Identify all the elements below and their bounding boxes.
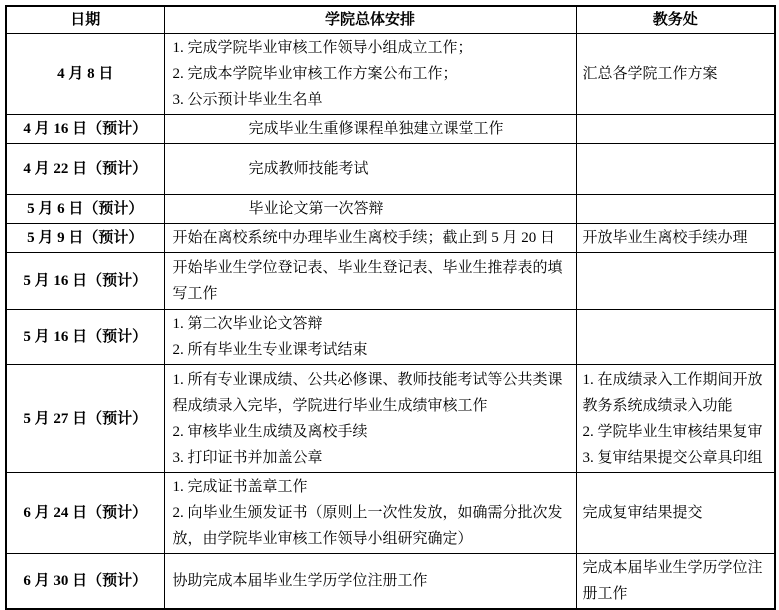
date-cell: 5 月 6 日（预计）: [6, 195, 164, 224]
task-line: 毕业论文第一次答辩: [173, 196, 568, 222]
college-cell: 完成毕业生重修课程单独建立课堂工作: [164, 115, 576, 144]
college-cell: 开始在离校系统中办理毕业生离校手续；截止到 5 月 20 日: [164, 224, 576, 253]
task-line: 2. 所有毕业生专业课考试结束: [173, 337, 568, 363]
header-admin: 教务处: [576, 6, 775, 34]
task-line: 1. 在成绩录入工作期间开放教务系统成绩录入功能: [583, 367, 769, 419]
admin-cell: [576, 144, 775, 195]
college-cell: 开始毕业生学位登记表、毕业生登记表、毕业生推荐表的填写工作: [164, 253, 576, 310]
task-line: 2. 向毕业生颁发证书（原则上一次性发放，如确需分批次发放，由学院毕业审核工作领…: [173, 500, 568, 552]
task-line: 2. 审核毕业生成绩及离校手续: [173, 419, 568, 445]
date-cell: 5 月 16 日（预计）: [6, 310, 164, 365]
date-cell: 4 月 16 日（预计）: [6, 115, 164, 144]
task-line: 汇总各学院工作方案: [583, 61, 769, 87]
table-row: 4 月 8 日 1. 完成学院毕业审核工作领导小组成立工作； 2. 完成本学院毕…: [6, 34, 775, 115]
college-cell: 1. 第二次毕业论文答辩 2. 所有毕业生专业课考试结束: [164, 310, 576, 365]
task-line: 开始毕业生学位登记表、毕业生登记表、毕业生推荐表的填写工作: [173, 255, 568, 307]
graduation-schedule-table: 日期 学院总体安排 教务处 4 月 8 日 1. 完成学院毕业审核工作领导小组成…: [5, 5, 776, 610]
date-cell: 6 月 30 日（预计）: [6, 554, 164, 610]
admin-cell: 完成本届毕业生学历学位注册工作: [576, 554, 775, 610]
college-cell: 1. 完成学院毕业审核工作领导小组成立工作； 2. 完成本学院毕业审核工作方案公…: [164, 34, 576, 115]
college-cell: 1. 完成证书盖章工作 2. 向毕业生颁发证书（原则上一次性发放，如确需分批次发…: [164, 473, 576, 554]
date-cell: 4 月 8 日: [6, 34, 164, 115]
admin-cell: 汇总各学院工作方案: [576, 34, 775, 115]
admin-cell: [576, 310, 775, 365]
task-line: 1. 完成证书盖章工作: [173, 474, 568, 500]
task-line: 完成本届毕业生学历学位注册工作: [583, 555, 769, 607]
task-line: 3. 公示预计毕业生名单: [173, 87, 568, 113]
table-row: 6 月 30 日（预计） 协助完成本届毕业生学历学位注册工作 完成本届毕业生学历…: [6, 554, 775, 610]
document-page: 日期 学院总体安排 教务处 4 月 8 日 1. 完成学院毕业审核工作领导小组成…: [0, 0, 779, 610]
task-line: 3. 打印证书并加盖公章: [173, 445, 568, 471]
task-line: 完成复审结果提交: [583, 500, 769, 526]
task-line: 2. 完成本学院毕业审核工作方案公布工作；: [173, 61, 568, 87]
college-cell: 完成教师技能考试: [164, 144, 576, 195]
college-cell: 毕业论文第一次答辩: [164, 195, 576, 224]
table-row: 5 月 9 日（预计） 开始在离校系统中办理毕业生离校手续；截止到 5 月 20…: [6, 224, 775, 253]
task-line: 协助完成本届毕业生学历学位注册工作: [173, 568, 568, 594]
table-row: 4 月 22 日（预计） 完成教师技能考试: [6, 144, 775, 195]
admin-cell: [576, 253, 775, 310]
admin-cell: 开放毕业生离校手续办理: [576, 224, 775, 253]
table-row: 5 月 27 日（预计） 1. 所有专业课成绩、公共必修课、教师技能考试等公共类…: [6, 365, 775, 473]
table-row: 5 月 16 日（预计） 开始毕业生学位登记表、毕业生登记表、毕业生推荐表的填写…: [6, 253, 775, 310]
task-line: 完成教师技能考试: [173, 156, 568, 182]
date-cell: 4 月 22 日（预计）: [6, 144, 164, 195]
admin-cell: [576, 195, 775, 224]
date-cell: 5 月 27 日（预计）: [6, 365, 164, 473]
date-cell: 5 月 16 日（预计）: [6, 253, 164, 310]
task-line: 完成毕业生重修课程单独建立课堂工作: [173, 116, 568, 142]
task-line: 开放毕业生离校手续办理: [583, 225, 769, 251]
admin-cell: 1. 在成绩录入工作期间开放教务系统成绩录入功能 2. 学院毕业生审核结果复审 …: [576, 365, 775, 473]
admin-cell: 完成复审结果提交: [576, 473, 775, 554]
header-date: 日期: [6, 6, 164, 34]
college-cell: 协助完成本届毕业生学历学位注册工作: [164, 554, 576, 610]
task-line: 2. 学院毕业生审核结果复审: [583, 419, 769, 445]
task-line: 开始在离校系统中办理毕业生离校手续；截止到 5 月 20 日: [173, 225, 568, 251]
task-line: 1. 完成学院毕业审核工作领导小组成立工作；: [173, 35, 568, 61]
header-college: 学院总体安排: [164, 6, 576, 34]
table-row: 5 月 6 日（预计） 毕业论文第一次答辩: [6, 195, 775, 224]
admin-cell: [576, 115, 775, 144]
task-line: 1. 第二次毕业论文答辩: [173, 311, 568, 337]
task-line: 3. 复审结果提交公章具印组: [583, 445, 769, 471]
header-row: 日期 学院总体安排 教务处: [6, 6, 775, 34]
table-row: 4 月 16 日（预计） 完成毕业生重修课程单独建立课堂工作: [6, 115, 775, 144]
date-cell: 5 月 9 日（预计）: [6, 224, 164, 253]
task-line: 1. 所有专业课成绩、公共必修课、教师技能考试等公共类课程成绩录入完毕，学院进行…: [173, 367, 568, 419]
college-cell: 1. 所有专业课成绩、公共必修课、教师技能考试等公共类课程成绩录入完毕，学院进行…: [164, 365, 576, 473]
table-row: 5 月 16 日（预计） 1. 第二次毕业论文答辩 2. 所有毕业生专业课考试结…: [6, 310, 775, 365]
date-cell: 6 月 24 日（预计）: [6, 473, 164, 554]
table-row: 6 月 24 日（预计） 1. 完成证书盖章工作 2. 向毕业生颁发证书（原则上…: [6, 473, 775, 554]
